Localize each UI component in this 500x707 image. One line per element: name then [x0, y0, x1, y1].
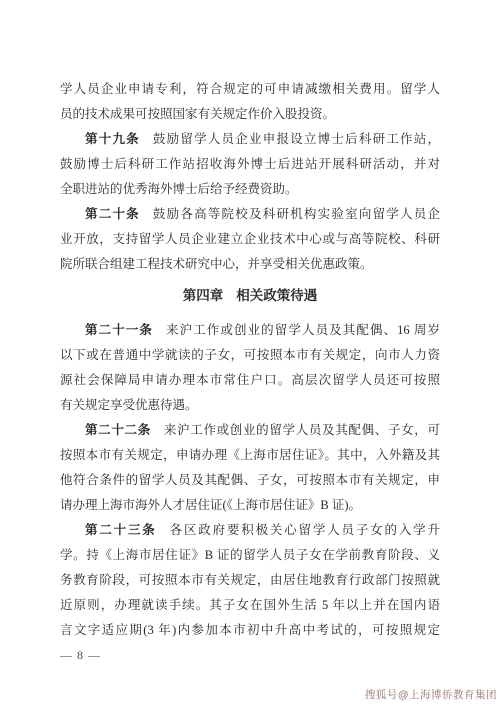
- text-line: 按照本市有关规定，申请办理《上海市居住证》。其中，入外籍及其: [60, 443, 440, 468]
- line-text: 他符合条件的留学人员及其配偶、子女，可按照本市有关规定，申: [60, 473, 440, 487]
- line-text: 以下或在普通中学就读的子女，可按照本市有关规定，向市人力资: [60, 348, 440, 362]
- article-number: 第十九条: [85, 132, 140, 146]
- article-number: 第二十一条: [85, 323, 153, 337]
- article-line: 第二十条鼓励各高等院校及科研机构实验室向留学人员企: [60, 202, 440, 227]
- text-line: 近原则，办理就读手续。其子女在国外生活 5 年以上并在国内语: [60, 593, 440, 618]
- line-text: 源社会保障局申请办理本市常住户口。高层次留学人员还可按照: [60, 373, 440, 387]
- article-text: 各区政府要积极关心留学人员子女的入学升: [170, 523, 440, 537]
- line-text: 按照本市有关规定，申请办理《上海市居住证》。其中，入外籍及其: [60, 448, 440, 462]
- text-line: 全职进站的优秀海外博士后给予经费资助。: [60, 177, 440, 202]
- text-line: 员的技术成果可按照国家有关规定作价入股投资。: [60, 102, 440, 127]
- document-page: 学人员企业申请专利，符合规定的可申请减缴相关费用。留学人员的技术成果可按照国家有…: [0, 0, 500, 707]
- chapter-heading: 第四章相关政策待遇: [60, 283, 440, 309]
- page-number: — 8 —: [60, 646, 440, 664]
- article-text: 来沪工作或创业的留学人员及其配偶、16 周岁: [166, 323, 440, 337]
- line-text: 有关规定享受优惠待遇。: [60, 398, 198, 412]
- text-line: 以下或在普通中学就读的子女，可按照本市有关规定，向市人力资: [60, 343, 440, 368]
- line-text: 员的技术成果可按照国家有关规定作价入股投资。: [60, 107, 335, 121]
- article-number: 第二十三条: [85, 523, 157, 537]
- chapter-number: 第四章: [183, 288, 224, 303]
- line-text: 学。持《上海市居住证》B 证的留学人员子女在学前教育阶段、义: [60, 548, 440, 562]
- text-line: 业开放，支持留学人员企业建立企业技术中心或与高等院校、科研: [60, 227, 440, 252]
- article-line: 第二十一条来沪工作或创业的留学人员及其配偶、16 周岁: [60, 318, 440, 343]
- line-text: 请办理上海市海外人才居住证(《上海市居住证》B 证)。: [60, 498, 361, 512]
- line-text: 务教育阶段，可按照本市有关规定，由居住地教育行政部门按照就: [60, 573, 440, 587]
- line-text: 全职进站的优秀海外博士后给予经费资助。: [60, 182, 298, 196]
- line-text: 言文字适应期(3 年)内参加本市初中升高中考试的，可按照规定: [60, 623, 440, 637]
- text-line: 请办理上海市海外人才居住证(《上海市居住证》B 证)。: [60, 493, 440, 518]
- line-text: 学人员企业申请专利，符合规定的可申请减缴相关费用。留学人: [60, 82, 440, 96]
- article-line: 第二十二条来沪工作或创业的留学人员及其配偶、子女，可: [60, 418, 440, 443]
- chapter-title: 相关政策待遇: [236, 288, 317, 303]
- text-line: 学人员企业申请专利，符合规定的可申请减缴相关费用。留学人: [60, 77, 440, 102]
- article-text: 鼓励各高等院校及科研机构实验室向留学人员企: [153, 207, 440, 221]
- article-number: 第二十条: [85, 207, 140, 221]
- line-text: 业开放，支持留学人员企业建立企业技术中心或与高等院校、科研: [60, 232, 440, 246]
- text-line: 学。持《上海市居住证》B 证的留学人员子女在学前教育阶段、义: [60, 543, 440, 568]
- text-line: 他符合条件的留学人员及其配偶、子女，可按照本市有关规定，申: [60, 468, 440, 493]
- line-text: 近原则，办理就读手续。其子女在国外生活 5 年以上并在国内语: [60, 598, 440, 612]
- article-line: 第二十三条各区政府要积极关心留学人员子女的入学升: [60, 518, 440, 543]
- line-text: 鼓励博士后科研工作站招收海外博士后进站开展科研活动，并对: [60, 157, 440, 171]
- article-number: 第二十二条: [85, 423, 151, 437]
- article-text: 来沪工作或创业的留学人员及其配偶、子女，可: [164, 423, 440, 437]
- document-text-block: 学人员企业申请专利，符合规定的可申请减缴相关费用。留学人员的技术成果可按照国家有…: [60, 77, 440, 664]
- text-line: 务教育阶段，可按照本市有关规定，由居住地教育行政部门按照就: [60, 568, 440, 593]
- article-line: 第十九条鼓励留学人员企业申报设立博士后科研工作站，: [60, 127, 440, 152]
- text-line: 院所联合组建工程技术研究中心，并享受相关优惠政策。: [60, 252, 440, 277]
- text-line: 有关规定享受优惠待遇。: [60, 393, 440, 418]
- line-text: 院所联合组建工程技术研究中心，并享受相关优惠政策。: [60, 257, 373, 271]
- article-text: 鼓励留学人员企业申报设立博士后科研工作站，: [153, 132, 440, 146]
- watermark: 搜狐号@上海博侨教育集团: [365, 687, 497, 702]
- text-line: 鼓励博士后科研工作站招收海外博士后进站开展科研活动，并对: [60, 152, 440, 177]
- text-line: 源社会保障局申请办理本市常住户口。高层次留学人员还可按照: [60, 368, 440, 393]
- text-line: 言文字适应期(3 年)内参加本市初中升高中考试的，可按照规定: [60, 618, 440, 643]
